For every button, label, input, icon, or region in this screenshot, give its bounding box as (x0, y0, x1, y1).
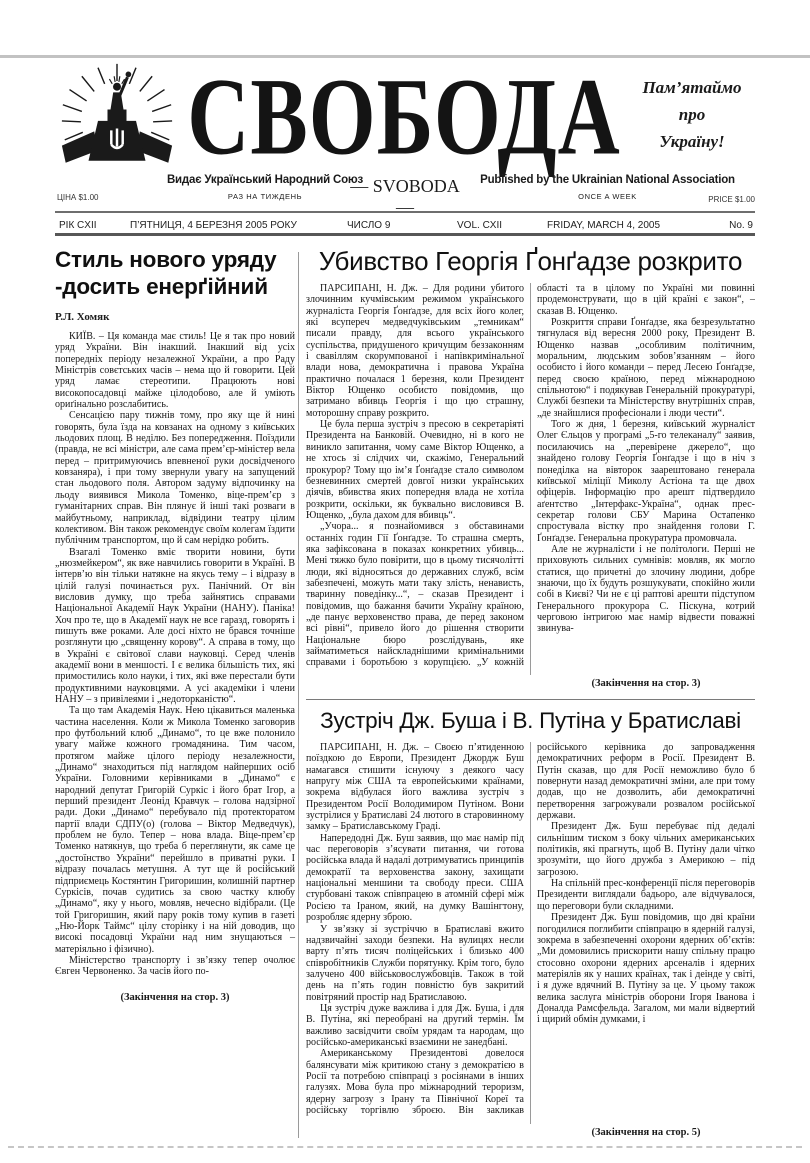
paragraph: Та що там Академія Наук. Нею цікавиться … (55, 705, 295, 955)
paragraph: Того ж дня, 1 березня, київський журналі… (537, 419, 755, 544)
headline-line-1: Стиль нового уряду (55, 246, 295, 273)
paragraph: ПАРСИПАНІ, Н. Дж. – Для родини убитого з… (306, 283, 524, 419)
paragraph: Це була перша зустріч з пресою в секрета… (306, 419, 524, 521)
volume-year-ua: РІК CXII (59, 220, 97, 231)
newspaper-front-page: СВОБОДА Пам’ятаймо про Україну! ЦІНА $1.… (0, 0, 810, 1163)
motto-line-3: Україну! (624, 128, 760, 155)
paragraph: У зв’язку зі зустріччю в Братиславі вжит… (306, 924, 524, 1003)
article-body: ПАРСИПАНІ, Н. Дж. – Своєю п’ятиденною по… (306, 742, 755, 1124)
continuation-note: (Закінчення на стор. 3) (537, 678, 755, 689)
article-headline: Зустріч Дж. Буша і В. Путіна у Братислав… (306, 708, 755, 734)
paragraph: ПАРСИПАНІ, Н. Дж. – Своєю п’ятиденною по… (306, 742, 524, 833)
column-rule (298, 252, 299, 1138)
publisher-row: ЦІНА $1.00 Видає Український Народний Со… (55, 174, 755, 210)
paragraph: Ця зустріч дуже важлива і для Дж. Буша, … (306, 1003, 524, 1048)
masthead-motto: Пам’ятаймо про Україну! (624, 74, 760, 155)
newspaper-title: СВОБОДА (178, 60, 630, 173)
continuation-note: (Закінчення на стор. 3) (55, 992, 295, 1003)
motto-line-1: Пам’ятаймо (624, 74, 760, 101)
paragraph: Розкриття справи Ґонґадзе, яка безрезуль… (537, 317, 755, 419)
paragraph: Президент Дж. Буш перебуває під дедалі с… (537, 821, 755, 878)
volume-year-en: VOL. CXII (457, 220, 502, 231)
paragraph: Сенсацією пару тижнів тому, про яку ще й… (55, 410, 295, 546)
continuation-note: (Закінчення на стор. 5) (537, 1127, 755, 1138)
article-body: ПАРСИПАНІ, Н. Дж. – Для родини убитого з… (306, 283, 755, 675)
article-gongadze-murder-solved: Убивство Георгія Ґонґадзе розкрито ПАРСИ… (306, 246, 755, 689)
issue-number-ua: ЧИСЛО 9 (347, 220, 390, 231)
publisher-en-block: Published by the Ukrainian National Asso… (475, 174, 740, 201)
paragraph: Взагалі Томенко вміє творити новини, бут… (55, 547, 295, 706)
publisher-en-label: Published by the Ukrainian National Asso… (475, 174, 740, 186)
paragraph: Президент Дж. Буш повідомив, що дві краї… (537, 912, 755, 1025)
issue-date-en: FRIDAY, MARCH 4, 2005 (547, 220, 660, 231)
dateline: РІК CXII П’ЯТНИЦЯ, 4 БЕРЕЗНЯ 2005 РОКУ Ч… (55, 211, 755, 236)
paragraph: КИЇВ. – Ця команда має стиль! Це я так п… (55, 331, 295, 410)
paragraph: Напередодні Дж. Буш заявив, що має намір… (306, 833, 524, 924)
paragraph: На спільній прес-конференції після перег… (537, 878, 755, 912)
liberty-statue-tryzub-emblem-icon (58, 62, 176, 176)
headline-line-2: -досить енерґійний (55, 273, 295, 300)
article-bush-putin-bratislava: Зустріч Дж. Буша і В. Путіна у Братислав… (306, 708, 755, 1138)
article-new-government-style: Стиль нового уряду -досить енерґійний Р.… (55, 246, 295, 1003)
bottom-divider (8, 1146, 802, 1148)
issue-date-ua: П’ЯТНИЦЯ, 4 БЕРЕЗНЯ 2005 РОКУ (130, 220, 297, 231)
byline: Р.Л. Хомяк (55, 311, 295, 323)
motto-line-2: про (624, 101, 760, 128)
article-headline: Стиль нового уряду -досить енерґійний (55, 246, 295, 300)
article-body: КИЇВ. – Ця команда має стиль! Це я так п… (55, 331, 295, 978)
frequency-en-label: ONCE A WEEK (475, 192, 740, 201)
article-headline: Убивство Георгія Ґонґадзе розкрито (306, 246, 755, 276)
issue-number-en: No. 9 (729, 220, 753, 231)
price-ua-label: ЦІНА $1.00 (57, 193, 99, 202)
price-en-label: PRICE $1.00 (708, 195, 755, 204)
section-divider (306, 699, 755, 700)
paragraph: Міністерство транспорту і зв’язку тепер … (55, 955, 295, 978)
paragraph: Але не журналісти і не політологи. Перші… (537, 544, 755, 635)
